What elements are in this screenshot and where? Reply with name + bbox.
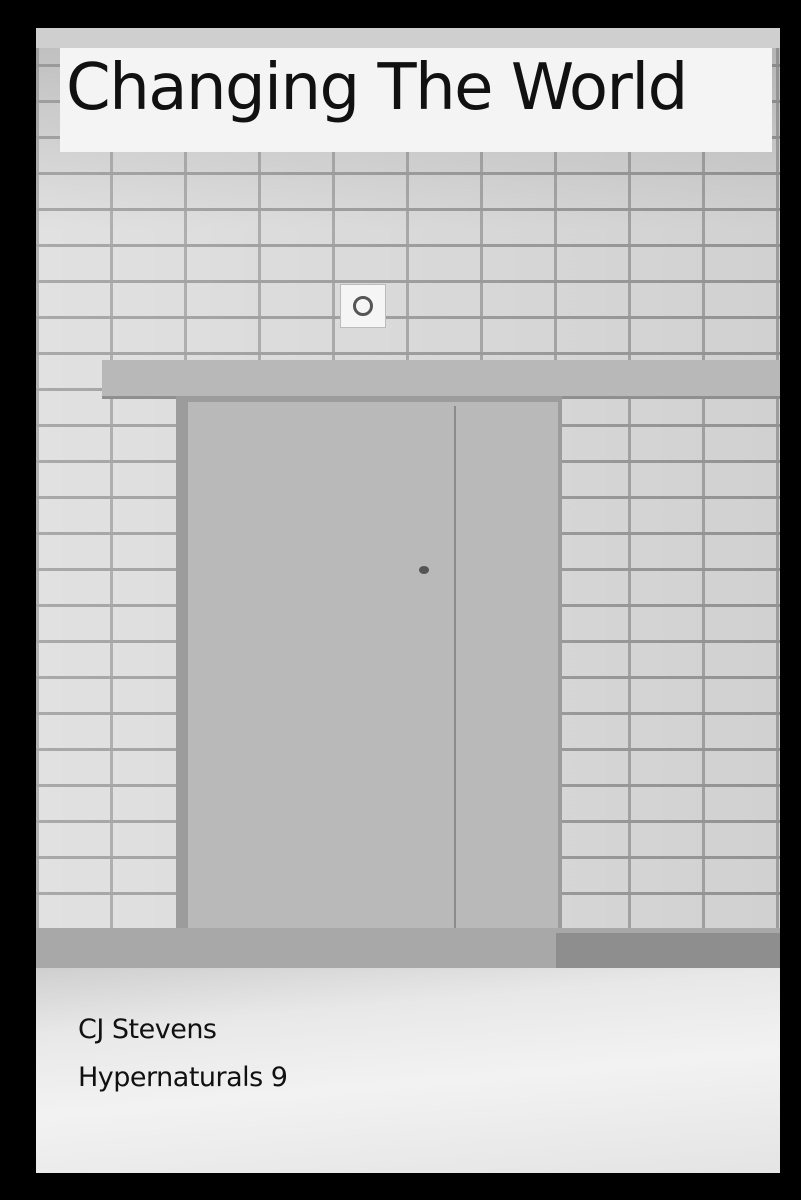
door-lintel [102,360,780,399]
vent-icon [340,284,386,328]
book-title: Changing The World [66,56,687,120]
series-name: Hypernaturals 9 [78,1064,288,1091]
door-seam [454,406,456,932]
door-keyhole [419,566,429,574]
book-cover: Changing The World CJ Stevens Hypernatur… [36,28,780,1173]
author-name: CJ Stevens [78,1016,217,1043]
top-strip [36,28,780,48]
metal-door [188,402,558,934]
